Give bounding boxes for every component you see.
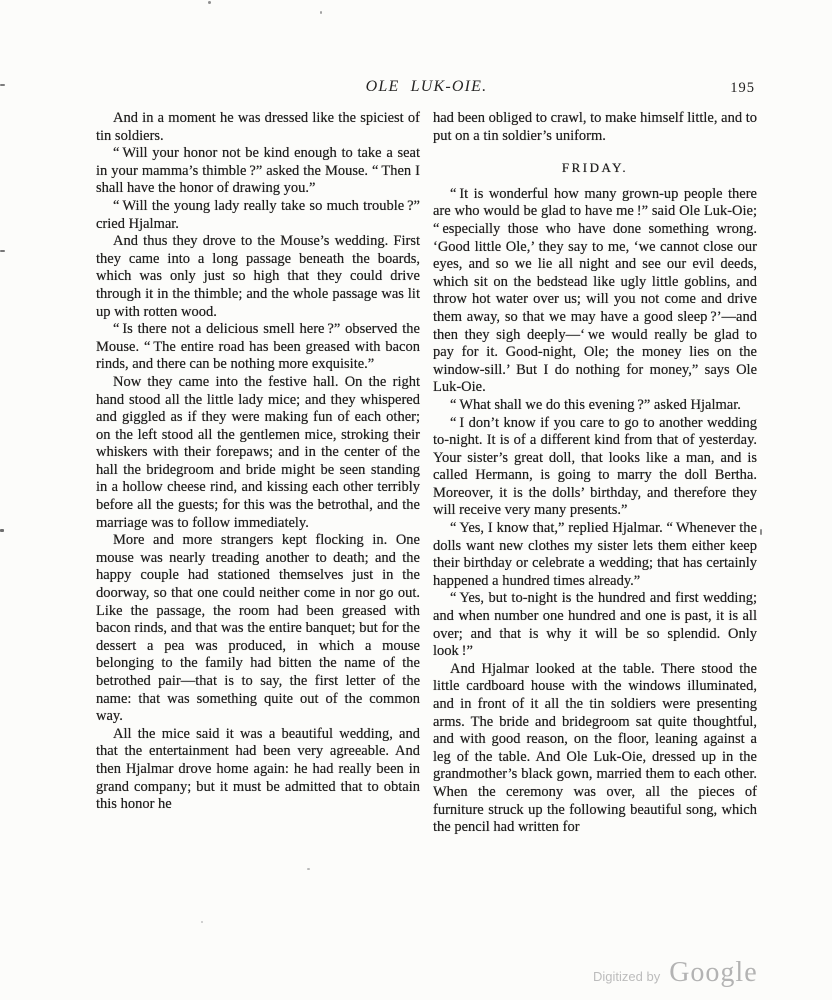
- scan-speck: [760, 529, 762, 535]
- paragraph: And thus they drove to the Mouse’s weddi…: [96, 233, 420, 321]
- scan-speck: [0, 84, 5, 86]
- paragraph: Now they came into the festive hall. On …: [96, 374, 420, 532]
- left-column: And in a moment he was dressed like the …: [96, 110, 420, 837]
- scan-speck: [0, 529, 4, 532]
- paragraph: And Hjalmar looked at the table. There s…: [433, 661, 757, 837]
- page-header: OLE LUK-OIE. 195: [96, 78, 757, 110]
- paragraph: “ Is there not a delicious smell here ?”…: [96, 321, 420, 374]
- running-title: OLE LUK-OIE.: [96, 78, 757, 96]
- paragraph: “ It is wonderful how many grown-up peop…: [433, 186, 757, 397]
- google-watermark: Digitized by Google: [593, 957, 758, 989]
- paragraph: “ I don’t know if you care to go to anot…: [433, 415, 757, 521]
- google-logo: Google: [669, 957, 757, 989]
- page-number: 195: [730, 80, 755, 97]
- text-columns: And in a moment he was dressed like the …: [96, 110, 757, 837]
- section-heading-friday: FRIDAY.: [433, 159, 757, 177]
- paragraph: “ Will your honor not be kind enough to …: [96, 145, 420, 198]
- book-page-scan: OLE LUK-OIE. 195 And in a moment he was …: [96, 78, 757, 837]
- scan-speck: [201, 921, 203, 923]
- paragraph: All the mice said it was a beautiful wed…: [96, 726, 420, 814]
- right-column: had been obliged to crawl, to make himse…: [433, 110, 757, 837]
- paragraph: “ Will the young lady really take so muc…: [96, 198, 420, 233]
- watermark-text: Digitized by: [593, 969, 660, 984]
- scan-speck: [320, 11, 322, 14]
- paragraph: “ Yes, but to-night is the hundred and f…: [433, 590, 757, 660]
- paragraph: More and more strangers kept flocking in…: [96, 532, 420, 726]
- scan-speck: [0, 250, 5, 252]
- paragraph: “ What shall we do this evening ?” asked…: [433, 397, 757, 415]
- scan-speck: [208, 1, 211, 4]
- paragraph: “ Yes, I know that,” replied Hjalmar. “ …: [433, 520, 757, 590]
- scan-speck: [307, 868, 310, 870]
- paragraph: had been obliged to crawl, to make himse…: [433, 110, 757, 145]
- paragraph: And in a moment he was dressed like the …: [96, 110, 420, 145]
